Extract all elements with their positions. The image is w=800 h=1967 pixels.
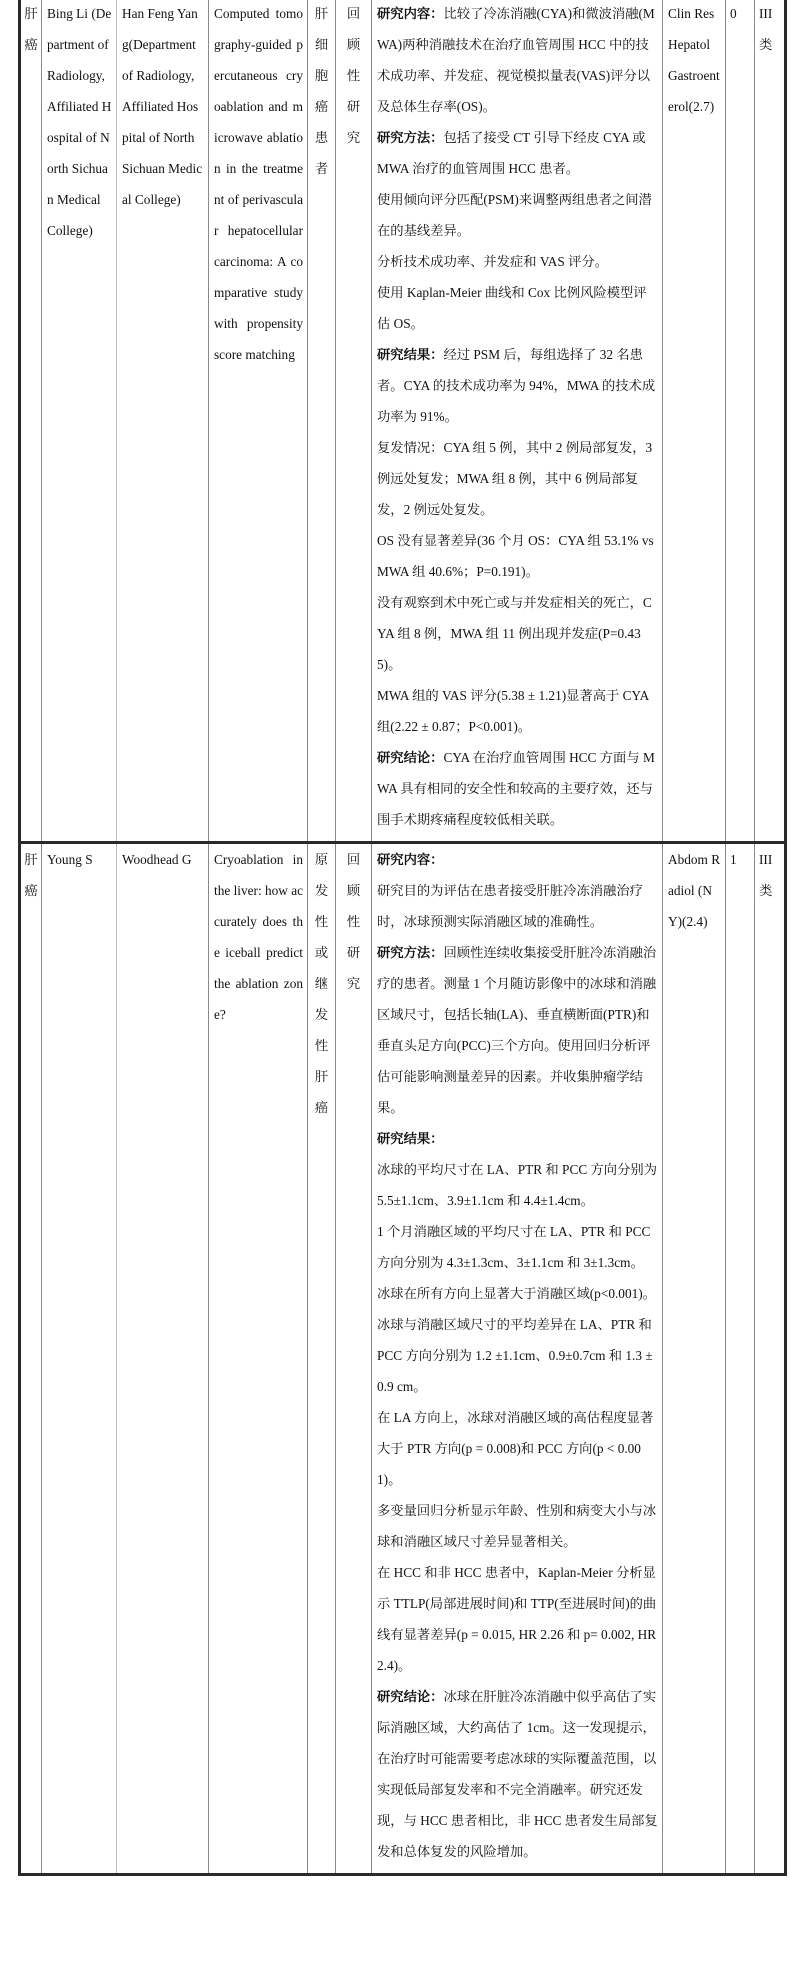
summary-section-label: 研究结果： [377, 347, 443, 362]
cell-char: 回 [338, 0, 369, 29]
cell-char: III [759, 0, 780, 29]
summary-paragraph: 使用倾向评分匹配(PSM)来调整两组患者之间潜在的基线差异。 [377, 184, 658, 246]
cell-char: 究 [338, 122, 369, 153]
summary-section-label: 研究内容： [377, 852, 443, 867]
cell-char: 癌 [310, 91, 333, 122]
summary-text: 在 LA 方向上，冰球对消融区域的高估程度显著大于 PTR 方向(p = 0.0… [377, 1410, 653, 1487]
cell-char: 究 [338, 968, 369, 999]
summary-section-label: 研究方法： [377, 945, 443, 960]
cell-char: 肝 [23, 0, 39, 29]
cell-char: 性 [338, 906, 369, 937]
cell-char: III [759, 844, 780, 875]
summary-paragraph: 研究结论：CYA 在治疗血管周围 HCC 方面与 MWA 具有相同的安全性和较高… [377, 742, 658, 835]
study-type-cell: 回顾性研究 [336, 843, 372, 1875]
summary-cell: 研究内容：比较了冷冻消融(CYA)和微波消融(MWA)两种消融技术在治疗血管周围… [372, 0, 663, 843]
cell-char: 研 [338, 91, 369, 122]
summary-paragraph: 分析技术成功率、并发症和 VAS 评分。 [377, 246, 658, 277]
summary-paragraph: 使用 Kaplan-Meier 曲线和 Cox 比例风险模型评估 OS。 [377, 277, 658, 339]
summary-text: 1 个月消融区域的平均尺寸在 LA、PTR 和 PCC 方向分别为 4.3±1.… [377, 1224, 650, 1270]
cell-char: 者 [310, 153, 333, 184]
summary-text: 复发情况：CYA 组 5 例，其中 2 例局部复发，3 例远处复发；MWA 组 … [377, 440, 652, 517]
summary-text: 比较了冷冻消融(CYA)和微波消融(MWA)两种消融技术在治疗血管周围 HCC … [377, 6, 655, 114]
cell-char: 发 [310, 999, 333, 1030]
cell-char: 肝 [23, 844, 39, 875]
corresponding-author-cell: Woodhead G [117, 843, 209, 1875]
summary-text: MWA 组的 VAS 评分(5.38 ± 1.21)显著高于 CYA 组(2.2… [377, 688, 649, 734]
summary-paragraph: 研究结果： [377, 1123, 658, 1154]
summary-text: 回顾性连续收集接受肝脏冷冻消融治疗的患者。测量 1 个月随访影像中的冰球和消融区… [377, 945, 656, 1115]
summary-text: OS 没有显著差异(36 个月 OS：CYA 组 53.1% vs MWA 组 … [377, 533, 654, 579]
journal-cell: Clin Res Hepatol Gastroenterol(2.7) [663, 0, 726, 843]
cell-char: 胞 [310, 60, 333, 91]
cell-char: 发 [310, 875, 333, 906]
table-row: 肝癌 Young S Woodhead G Cryoablation in th… [20, 843, 786, 1875]
paper-title-cell: Computed tomography-guided percutaneous … [209, 0, 308, 843]
summary-paragraph: 在 HCC 和非 HCC 患者中，Kaplan-Meier 分析显示 TTLP(… [377, 1557, 658, 1681]
summary-paragraph: 没有观察到术中死亡或与并发症相关的死亡，CYA 组 8 例，MWA 组 11 例… [377, 587, 658, 680]
summary-paragraph: 冰球的平均尺寸在 LA、PTR 和 PCC 方向分别为 5.5±1.1cm、3.… [377, 1154, 658, 1216]
cell-char: 或 [310, 937, 333, 968]
summary-paragraph: 研究方法：回顾性连续收集接受肝脏冷冻消融治疗的患者。测量 1 个月随访影像中的冰… [377, 937, 658, 1123]
cell-char: 细 [310, 29, 333, 60]
summary-text: 使用倾向评分匹配(PSM)来调整两组患者之间潜在的基线差异。 [377, 192, 652, 238]
summary-paragraph: 在 LA 方向上，冰球对消融区域的高估程度显著大于 PTR 方向(p = 0.0… [377, 1402, 658, 1495]
summary-paragraph: 研究结果：经过 PSM 后，每组选择了 32 名患者。CYA 的技术成功率为 9… [377, 339, 658, 432]
category-cell: 肝癌 [20, 0, 42, 843]
first-author-cell: Bing Li (Department of Radiology, Affili… [42, 0, 117, 843]
corresponding-author-cell: Han Feng Yang(Department of Radiology, A… [117, 0, 209, 843]
table-row: 肝癌 Bing Li (Department of Radiology, Aff… [20, 0, 786, 843]
cell-char: 肝 [310, 1061, 333, 1092]
summary-text: 冰球在肝脏冷冻消融中似乎高估了实际消融区域，大约高估了 1cm。这一发现提示，在… [377, 1689, 658, 1859]
cell-char: 肝 [310, 0, 333, 29]
cell-char: 癌 [23, 29, 39, 60]
summary-paragraph: 1 个月消融区域的平均尺寸在 LA、PTR 和 PCC 方向分别为 4.3±1.… [377, 1216, 658, 1278]
summary-paragraph: MWA 组的 VAS 评分(5.38 ± 1.21)显著高于 CYA 组(2.2… [377, 680, 658, 742]
cell-char: 原 [310, 844, 333, 875]
summary-cell: 研究内容：研究目的为评估在患者接受肝脏冷冻消融治疗时，冰球预测实际消融区域的准确… [372, 843, 663, 1875]
summary-text: 使用 Kaplan-Meier 曲线和 Cox 比例风险模型评估 OS。 [377, 285, 647, 331]
summary-text: 冰球与消融区域尺寸的平均差异在 LA、PTR 和 PCC 方向分别为 1.2 ±… [377, 1317, 653, 1394]
citations-cell: 1 [726, 843, 755, 1875]
summary-section-label: 研究结论： [377, 750, 443, 765]
summary-section-label: 研究方法： [377, 130, 443, 145]
disease-cell: 原发性或继发性肝癌 [308, 843, 336, 1875]
cell-char: 性 [310, 1030, 333, 1061]
disease-cell: 肝细胞癌患者 [308, 0, 336, 843]
summary-paragraph: 冰球与消融区域尺寸的平均差异在 LA、PTR 和 PCC 方向分别为 1.2 ±… [377, 1309, 658, 1402]
summary-text: 在 HCC 和非 HCC 患者中，Kaplan-Meier 分析显示 TTLP(… [377, 1565, 656, 1673]
summary-paragraph: 研究方法：包括了接受 CT 引导下经皮 CYA 或 MWA 治疗的血管周围 HC… [377, 122, 658, 184]
citations-cell: 0 [726, 0, 755, 843]
summary-text: 冰球的平均尺寸在 LA、PTR 和 PCC 方向分别为 5.5±1.1cm、3.… [377, 1162, 657, 1208]
summary-text: 冰球在所有方向上显著大于消融区域(p<0.001)。 [377, 1286, 656, 1301]
first-author-cell: Young S [42, 843, 117, 1875]
literature-table: 肝癌 Bing Li (Department of Radiology, Aff… [18, 0, 787, 1876]
paper-title-cell: Cryoablation in the liver: how accuratel… [209, 843, 308, 1875]
cell-char: 癌 [23, 875, 39, 906]
cell-char: 癌 [310, 1092, 333, 1123]
summary-section-label: 研究结论： [377, 1689, 443, 1704]
summary-text: 多变量回归分析显示年龄、性别和病变大小与冰球和消融区域尺寸差异显著相关。 [377, 1503, 656, 1549]
grade-cell: III类 [755, 0, 786, 843]
summary-paragraph: 研究结论：冰球在肝脏冷冻消融中似乎高估了实际消融区域，大约高估了 1cm。这一发… [377, 1681, 658, 1867]
summary-text: 没有观察到术中死亡或与并发症相关的死亡，CYA 组 8 例，MWA 组 11 例… [377, 595, 652, 672]
summary-paragraph: 冰球在所有方向上显著大于消融区域(p<0.001)。 [377, 1278, 658, 1309]
summary-text: 研究目的为评估在患者接受肝脏冷冻消融治疗时，冰球预测实际消融区域的准确性。 [377, 883, 643, 929]
cell-char: 回 [338, 844, 369, 875]
category-cell: 肝癌 [20, 843, 42, 1875]
summary-paragraph: 研究内容： [377, 844, 658, 875]
summary-paragraph: 研究目的为评估在患者接受肝脏冷冻消融治疗时，冰球预测实际消融区域的准确性。 [377, 875, 658, 937]
cell-char: 顾 [338, 29, 369, 60]
summary-paragraph: 研究内容：比较了冷冻消融(CYA)和微波消融(MWA)两种消融技术在治疗血管周围… [377, 0, 658, 122]
cell-char: 患 [310, 122, 333, 153]
summary-paragraph: 复发情况：CYA 组 5 例，其中 2 例局部复发，3 例远处复发；MWA 组 … [377, 432, 658, 525]
summary-paragraph: 多变量回归分析显示年龄、性别和病变大小与冰球和消融区域尺寸差异显著相关。 [377, 1495, 658, 1557]
cell-char: 继 [310, 968, 333, 999]
summary-section-label: 研究结果： [377, 1131, 443, 1146]
journal-cell: Abdom Radiol (NY)(2.4) [663, 843, 726, 1875]
study-type-cell: 回顾性研究 [336, 0, 372, 843]
cell-char: 性 [338, 60, 369, 91]
summary-paragraph: OS 没有显著差异(36 个月 OS：CYA 组 53.1% vs MWA 组 … [377, 525, 658, 587]
summary-section-label: 研究内容： [377, 6, 443, 21]
cell-char: 类 [759, 875, 780, 906]
cell-char: 研 [338, 937, 369, 968]
cell-char: 类 [759, 29, 780, 60]
summary-text: 分析技术成功率、并发症和 VAS 评分。 [377, 254, 608, 269]
cell-char: 性 [310, 906, 333, 937]
grade-cell: III类 [755, 843, 786, 1875]
cell-char: 顾 [338, 875, 369, 906]
